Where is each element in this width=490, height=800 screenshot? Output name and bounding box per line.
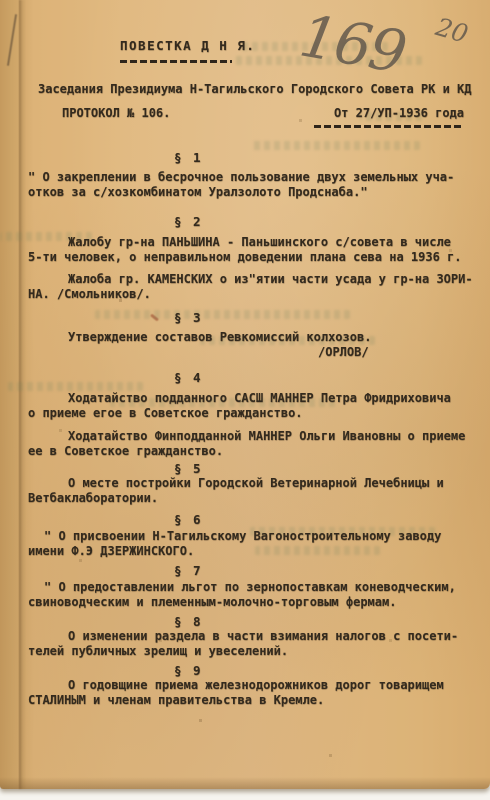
session-line: Заседания Президиума Н-Тагильского Город… (38, 82, 475, 97)
section-8: § 8 О изменении раздела в части взимания… (28, 614, 475, 659)
protocol-number: ПРОТОКОЛ № 106. (62, 106, 170, 128)
section-4-line-4: ее в Советское гражданство. (28, 444, 475, 459)
section-2-line-2: 5-ти человек, о неправильном доведении п… (28, 250, 475, 265)
section-6: § 6 " О присвоении Н-Тагильскому Вагонос… (28, 512, 475, 559)
protocol-date-block: От 27/УП-1936 года (314, 106, 464, 128)
section-3: § 3 Утверждение составов Ревкомиссий кол… (28, 310, 475, 360)
section-4-mark: § 4 (28, 370, 475, 385)
section-2-line-1: Жалобу гр-на ПАНЬШИНА - Паньшинского с/с… (28, 235, 475, 250)
document-title: ПОВЕСТКА Д Н Я. (120, 38, 475, 53)
section-5-line-1: О месте постройки Городской Ветеринарной… (28, 476, 475, 491)
section-1-mark: § 1 (28, 150, 475, 165)
section-7-line-2: свиноводческим и племенным-молочно-торго… (28, 595, 475, 610)
section-1: § 1 " О закреплении в бесрочное пользова… (28, 150, 475, 200)
section-3-mark: § 3 (28, 310, 475, 325)
binding-crease (19, 0, 26, 789)
section-2-line-4: НА. /Смольников/. (28, 287, 475, 302)
section-8-mark: § 8 (28, 614, 475, 629)
section-1-line-2: отков за с/хозкомбинатом Уралзолото Прод… (28, 185, 475, 200)
section-5: § 5 О месте постройки Городской Ветерина… (28, 461, 475, 506)
section-1-line-1: " О закреплении в бесрочное пользование … (28, 170, 475, 185)
date-underline (314, 125, 464, 128)
section-4: § 4 Ходатайство подданного САСШ МАННЕР П… (28, 370, 475, 459)
section-7: § 7 " О предоставлении льгот по зернопос… (28, 563, 475, 610)
section-4-line-2: о приеме егое в Советское гражданство. (28, 406, 475, 421)
section-7-mark: § 7 (28, 563, 475, 578)
section-9-line-1: О годовщине приема железнодорожников дор… (28, 678, 475, 693)
section-2-line-3: Жалоба гр. КАМЕНСКИХ о из"ятии части уса… (28, 272, 475, 287)
pencil-margin-mark (7, 14, 17, 66)
section-4-line-1: Ходатайство подданного САСШ МАННЕР Петра… (28, 391, 475, 406)
section-5-line-2: Ветбаклаборатории. (28, 491, 475, 506)
section-8-line-1: О изменении раздела в части взимания нал… (28, 629, 475, 644)
section-9: § 9 О годовщине приема железнодорожников… (28, 663, 475, 708)
section-9-line-2: СТАЛИНЫМ и членам правительства в Кремле… (28, 693, 475, 708)
protocol-date: От 27/УП-1936 года (314, 106, 464, 121)
scanned-page: 169 20 ПОВЕСТКА Д Н Я. Заседания Президи… (0, 0, 490, 789)
section-5-mark: § 5 (28, 461, 475, 476)
section-3-line-1: Утверждение составов Ревкомиссий колхозо… (28, 330, 475, 345)
section-8-line-2: телей публичных зрелищ и увеселений. (28, 644, 475, 659)
section-6-mark: § 6 (28, 512, 475, 527)
section-4-line-3: Ходатайство Финподданной МАННЕР Ольги Ив… (28, 429, 475, 444)
section-2-mark: § 2 (28, 214, 475, 229)
paper-specks (0, 0, 1, 1)
document-body: ПОВЕСТКА Д Н Я. Заседания Президиума Н-Т… (28, 38, 475, 708)
title-underline (120, 60, 232, 63)
section-9-mark: § 9 (28, 663, 475, 678)
section-2: § 2 Жалобу гр-на ПАНЬШИНА - Паньшинского… (28, 214, 475, 302)
protocol-row: ПРОТОКОЛ № 106. От 27/УП-1936 года (28, 106, 475, 128)
section-7-line-1: " О предоставлении льгот по зернопоставк… (28, 580, 475, 595)
section-3-signature: /ОРЛОВ/ (28, 345, 475, 360)
section-6-line-1: " О присвоении Н-Тагильскому Вагонострои… (28, 529, 475, 544)
section-6-line-2: имени Ф.Э ДЗЕРЖИНСКОГО. (28, 544, 475, 559)
